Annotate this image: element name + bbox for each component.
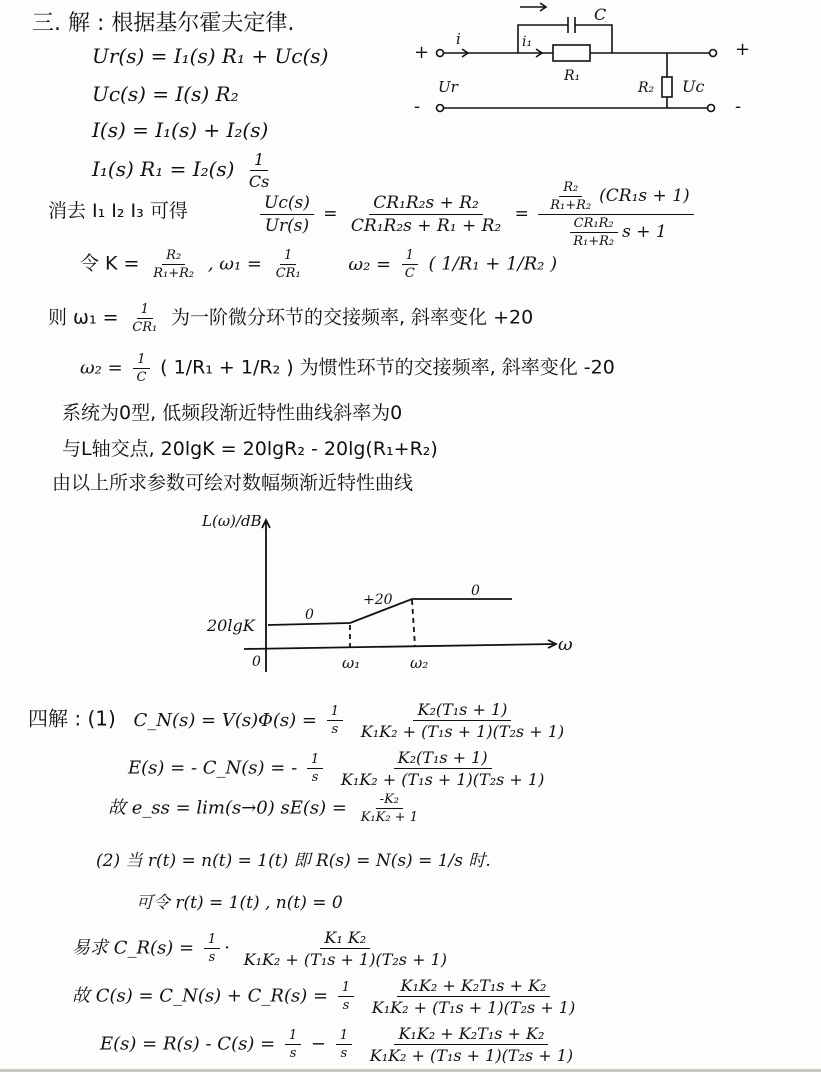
fraction: CR₁R₂R₁+R₂ — [569, 216, 618, 249]
fraction: CR₁R₂s + R₂CR₁R₂s + R₁ + R₂ — [347, 193, 505, 236]
e-equation: E(s) = - C_N(s) = - 1s K₂(T₁s + 1)K₁K₂ +… — [128, 748, 552, 789]
w1-note: 则 ω₁ = 1CR₁ 为一阶微分环节的交接频率, 斜率变化 +20 — [48, 302, 533, 335]
svg-text:Uc: Uc — [682, 77, 704, 96]
svg-text:ω: ω — [558, 634, 573, 655]
type-note: 系统为0型, 低频段渐近特性曲线斜率为0 — [62, 398, 402, 425]
section3-heading: 三. 解 : 根据基尔霍夫定律. — [32, 6, 294, 37]
svg-text:0: 0 — [471, 583, 480, 599]
fraction: 1s — [285, 1028, 301, 1061]
fraction: 1s — [204, 932, 220, 965]
bode-magnitude-chart: L(ω)/dB ω 0 20lgK ω₁ ω₂ 0 +20 0 — [180, 500, 600, 680]
fraction: K₁ K₂K₁K₂ + (T₁s + 1)(T₂s + 1) — [240, 928, 451, 969]
ess-equation: 故 e_ss = lim(s→0) sE(s) = -K₂K₁K₂ + 1 — [108, 792, 426, 825]
svg-text:R₁: R₁ — [563, 68, 580, 84]
fraction: R₂R₁+R₂ — [546, 180, 595, 213]
svg-text:20lgK: 20lgK — [206, 616, 256, 635]
fraction: 1CR₁ — [128, 302, 161, 335]
fraction: 1s — [338, 980, 354, 1013]
intersect-note: 与L轴交点, 20lgK = 20lgR₂ - 20lg(R₁+R₂) — [62, 434, 438, 461]
cn-equation: 四解 : (1) C_N(s) = V(s)Φ(s) = 1s K₂(T₁s +… — [28, 700, 572, 741]
equation-3: I(s) = I₁(s) + I₂(s) — [92, 118, 268, 142]
svg-text:-: - — [414, 96, 420, 117]
equation-4: I₁(s) R₁ = I₂(s) 1Cs — [92, 150, 277, 191]
svg-text:+20: +20 — [363, 592, 393, 608]
svg-text:L(ω)/dB: L(ω)/dB — [201, 512, 262, 530]
svg-text:+: + — [735, 39, 750, 60]
k-w-definitions: 令 K = R₂R₁+R₂ , ω₁ = 1CR₁ ω₂ = 1C ( 1/R₁… — [80, 248, 557, 281]
svg-text:C: C — [594, 5, 606, 24]
fraction: K₂(T₁s + 1)K₁K₂ + (T₁s + 1)(T₂s + 1) — [337, 748, 548, 789]
svg-text:0: 0 — [252, 654, 261, 670]
c-equation: 故 C(s) = C_N(s) + C_R(s) = 1s K₁K₂ + K₂T… — [72, 976, 583, 1017]
equation-2: Uc(s) = I(s) R₂ — [92, 82, 239, 106]
svg-text:-: - — [735, 96, 741, 117]
svg-text:i₁: i₁ — [522, 34, 532, 50]
equation-1: Ur(s) = I₁(s) R₁ + Uc(s) — [92, 44, 328, 68]
fraction: K₂(T₁s + 1)K₁K₂ + (T₁s + 1)(T₂s + 1) — [357, 700, 568, 741]
es-equation: E(s) = R(s) - C(s) = 1s − 1s K₁K₂ + K₂T₁… — [100, 1024, 581, 1065]
svg-text:R₂: R₂ — [637, 80, 655, 96]
svg-text:Ur: Ur — [438, 78, 459, 96]
fraction: Uc(s)Ur(s) — [260, 193, 314, 236]
fraction: 1C — [132, 352, 150, 385]
svg-text:+: + — [414, 42, 429, 63]
fraction: 1s — [336, 1028, 352, 1061]
transfer-function: Uc(s)Ur(s) = CR₁R₂s + R₂CR₁R₂s + R₁ + R₂… — [256, 180, 698, 249]
draw-note: 由以上所求参数可绘对数幅频渐近特性曲线 — [52, 468, 413, 495]
svg-text:0: 0 — [305, 607, 314, 623]
fraction: K₁K₂ + K₂T₁s + K₂K₁K₂ + (T₁s + 1)(T₂s + … — [366, 1024, 577, 1065]
part2-let: 可令 r(t) = 1(t) , n(t) = 0 — [136, 888, 343, 913]
fraction: R₂R₁+R₂(CR₁s + 1) CR₁R₂R₁+R₂s + 1 — [538, 180, 693, 249]
svg-text:ω₂: ω₂ — [410, 654, 428, 672]
fraction: 1CR₁ — [272, 248, 305, 281]
cr-equation: 易求 C_R(s) = 1s· K₁ K₂K₁K₂ + (T₁s + 1)(T₂… — [72, 928, 455, 969]
fraction: 1s — [307, 752, 323, 785]
svg-text:ω₁: ω₁ — [342, 654, 360, 672]
svg-text:i: i — [456, 30, 461, 48]
fraction: K₁K₂ + K₂T₁s + K₂K₁K₂ + (T₁s + 1)(T₂s + … — [368, 976, 579, 1017]
eliminate-label: 消去 I₁ I₂ I₃ 可得 — [48, 196, 188, 223]
fraction: 1s — [327, 704, 343, 737]
circuit-diagram: + - + - i i₁ C R₁ R₂ Ur Uc — [400, 0, 821, 130]
fraction: 1C — [401, 248, 419, 281]
w2-note: ω₂ = 1C ( 1/R₁ + 1/R₂ ) 为惯性环节的交接频率, 斜率变化… — [80, 352, 615, 385]
part2-condition: (2) 当 r(t) = n(t) = 1(t) 即 R(s) = N(s) =… — [96, 846, 491, 871]
fraction: R₂R₁+R₂ — [149, 248, 198, 281]
fraction: -K₂K₁K₂ + 1 — [357, 792, 422, 825]
